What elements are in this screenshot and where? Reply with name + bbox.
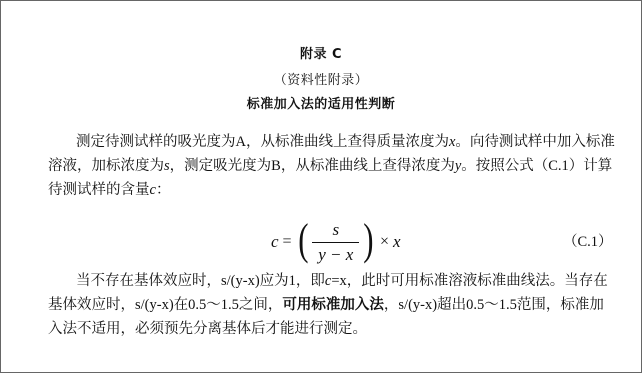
document-page: 附录 C （资料性附录） 标准加入法的适用性判断 测定待测试样的吸光度为A，从标… bbox=[0, 0, 642, 373]
paren-open: ( bbox=[298, 218, 308, 262]
appendix-title: 附录 C bbox=[1, 43, 641, 62]
equation-number: （C.1） bbox=[563, 230, 613, 251]
formula-c1: c = ( s y − x ) × x bbox=[271, 215, 401, 269]
bold-phrase: 可用标准加入法 bbox=[282, 297, 384, 313]
times-sign: × bbox=[380, 233, 389, 251]
appendix-type: （资料性附录） bbox=[1, 69, 641, 88]
fraction-numerator: s bbox=[326, 220, 345, 242]
text-segment: 当不存在基体效应时，s/(y-x)应为1，即 bbox=[76, 273, 325, 289]
text-segment: ： bbox=[156, 182, 171, 198]
section-title: 标准加入法的适用性判断 bbox=[1, 93, 641, 112]
text-segment: ，测定吸光度为B，从标准曲线上查得浓度为 bbox=[170, 158, 455, 174]
text-segment: 测定待测试样的吸光度为A，从标准曲线上查得质量浓度为 bbox=[76, 134, 449, 150]
paragraph-method: 测定待测试样的吸光度为A，从标准曲线上查得质量浓度为x。向待测试样中加入标准溶液… bbox=[48, 130, 618, 202]
equals-sign: = bbox=[283, 233, 292, 251]
fraction: s y − x bbox=[312, 220, 359, 265]
paragraph-applicability: 当不存在基体效应时，s/(y-x)应为1，即c=x，此时可用标准溶液标准曲线法。… bbox=[48, 269, 618, 341]
formula-rhs: x bbox=[393, 232, 401, 252]
formula-lhs: c bbox=[271, 232, 279, 252]
fraction-denominator: y − x bbox=[312, 242, 359, 265]
paren-close: ) bbox=[363, 218, 373, 262]
